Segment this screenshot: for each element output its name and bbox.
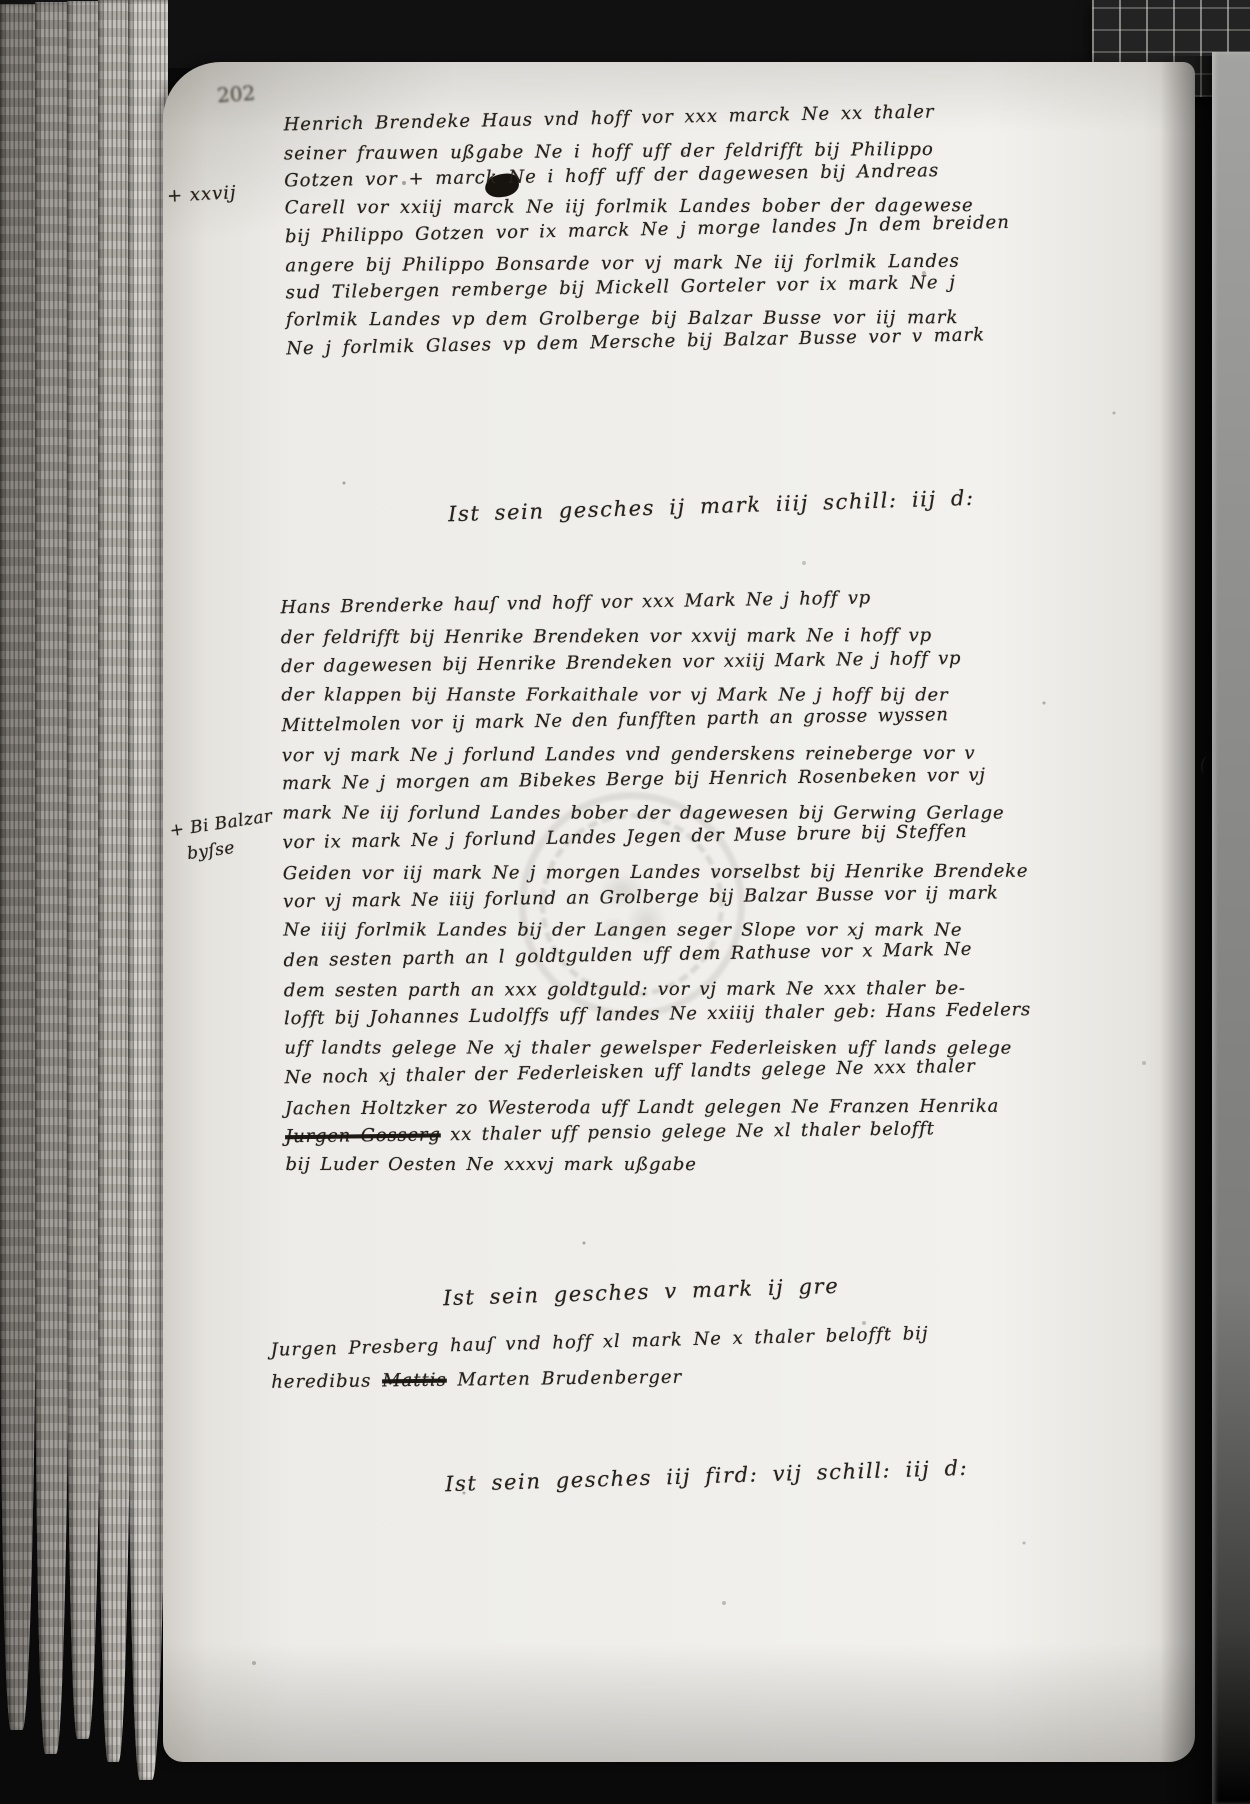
margin-note-top: + xxvij <box>166 182 237 207</box>
book-gutter-shadow <box>1160 56 1218 1804</box>
entry-block-3: Jurgen Presberg hauſ vnd hoff xl mark Ne… <box>271 1328 930 1401</box>
page-edge-strip <box>35 2 70 1754</box>
sum-line-1: Ist sein gesches ij mark iiij schill: ii… <box>448 486 975 527</box>
struck-out-name: Mattis <box>382 1370 447 1392</box>
manuscript-line: Henrich Brendeke Haus vnd hoff vor xxx m… <box>283 100 1008 143</box>
sum-line-2: Ist sein gesches v mark ij gre <box>443 1274 840 1310</box>
folio-number-faint: 202 <box>216 81 256 108</box>
line-segment: heredibus <box>271 1370 382 1392</box>
manuscript-page: 202 + xxvij + Bi Balzar byſse Henrich Br… <box>163 62 1195 1762</box>
page-edge-strip <box>128 0 168 1780</box>
page-edge-strip <box>67 1 102 1739</box>
sum-line-3: Ist sein gesches iij fird: vij schill: i… <box>445 1456 969 1496</box>
manuscript-line: Jurgen Presberg hauſ vnd hoff xl mark Ne… <box>270 1323 929 1371</box>
margin-note-middle: + Bi Balzar byſse <box>168 805 277 867</box>
line-segment: Marten Brudenberger <box>457 1367 682 1391</box>
struck-out-name: Jurgen Gosserg <box>285 1124 441 1147</box>
line-remainder: xx thaler uff pensio gelege Ne xl thaler… <box>450 1118 935 1145</box>
entry-block-2: Hans Brenderke hauſ vnd hoff vor xxx Mar… <box>280 591 1032 1185</box>
manuscript-line-with-strikeout: heredibus Mattis Marten Brudenberger <box>271 1364 930 1403</box>
manuscript-line: bij Luder Oesten Ne xxxvj mark ußgabe <box>285 1155 1032 1184</box>
entry-block-1: Henrich Brendeke Haus vnd hoff vor xxx m… <box>283 106 1011 367</box>
paper-specks <box>163 62 165 64</box>
page-edge-strip <box>98 0 132 1762</box>
manuscript-line: Hans Brenderke hauſ vnd hoff vor xxx Mar… <box>280 585 1027 627</box>
book-fore-edge-pages <box>0 4 170 1796</box>
scan-background-top <box>0 0 1250 68</box>
page-edge-strip <box>0 4 37 1730</box>
manuscript-photograph: 202 + xxvij + Bi Balzar byſse Henrich Br… <box>0 0 1250 1804</box>
facing-page-edge <box>1212 52 1250 1804</box>
